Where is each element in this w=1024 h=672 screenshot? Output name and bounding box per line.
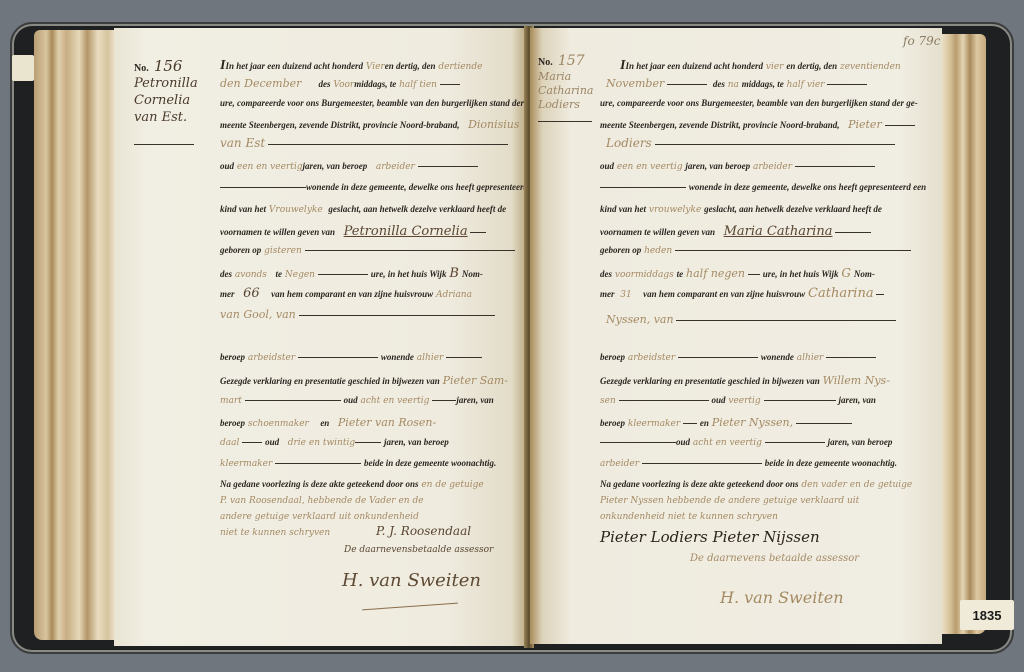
text-line: Pieter Nyssen hebbende de andere getuige… (600, 496, 859, 506)
text-line: geboren op heden (600, 245, 911, 256)
text-line: wonende in deze gemeente, dewelke ons he… (220, 182, 543, 193)
text-line: Lodiers (606, 136, 895, 150)
text-line: November des na middags, te half vier (606, 77, 867, 90)
margin-name-2: Catharina (538, 84, 593, 98)
record-no: 156 (154, 57, 183, 75)
text-line: meente Steenbergen, zevende Distrikt, pr… (600, 118, 915, 131)
text-line: wonende in deze gemeente, dewelke ons he… (600, 182, 926, 193)
text-line: IIn het jaar een duizend acht honderd vi… (620, 58, 901, 74)
margin-rule (538, 121, 592, 122)
text-line: geboren op gisteren (220, 245, 515, 256)
text-line: beroep kleermaker en Pieter Nyssen, (600, 416, 852, 429)
text-line: voornamen te willen geven van Petronilla… (220, 224, 486, 239)
margin-name-3: van Est. (134, 109, 198, 126)
year-tag-label: 1835 (960, 600, 1014, 630)
text-line: ure, compareerde voor ons Burgemeester, … (600, 98, 918, 109)
text-line: oud een en veertig jaren, van beroep arb… (600, 161, 875, 172)
child-name: Petronilla Cornelia (344, 224, 468, 239)
right-margin-entry: No. 157 Maria Catharina Lodiers (538, 50, 593, 112)
left-margin-entry: No. 156 Petronilla Cornelia van Est. (134, 56, 198, 126)
assessor-annotation: De daarnevensbetaalde assessor (344, 545, 493, 555)
margin-name-1: Maria (538, 70, 593, 84)
text-line: mart oud acht en veertig jaren, van (220, 395, 494, 406)
text-line: arbeider beide in deze gemeente woonacht… (600, 458, 897, 469)
witness-signature: P. J. Roosendaal (376, 524, 471, 538)
text-line: oud een en veertigjaren, van beroep arbe… (220, 161, 478, 172)
page-block-left (34, 30, 116, 640)
text-line: mer 31 van hem comparant en van zijne hu… (600, 286, 884, 301)
text-line: beroep arbeidster wonende alhier (220, 352, 482, 363)
margin-name-1: Petronilla (134, 75, 198, 92)
text-line: andere getuige verklaard uit onkundenhei… (220, 512, 419, 522)
margin-rule (134, 144, 194, 145)
text-line: onkundenheid niet te kunnen schryven (600, 512, 778, 522)
text-line: des avonds te Negen ure, in het huis Wij… (220, 266, 483, 281)
text-line: P. van Roosendaal, hebbende de Vader en … (220, 496, 424, 506)
child-name: Maria Catharina (724, 224, 833, 239)
text-line: daal oud drie en twintig jaren, van bero… (220, 437, 449, 448)
signature-flourish (362, 603, 458, 611)
record-no: 157 (558, 53, 585, 69)
text-line: Na gedane voorlezing is deze akte geteek… (220, 479, 484, 490)
text-line: Gezegde verklaring en presentatie geschi… (220, 374, 508, 387)
witness-signatures: Pieter Lodiers Pieter Nijssen (600, 528, 820, 546)
text-line: kind van het vrouwelyke geslacht, aan he… (600, 204, 882, 215)
text-line: Nyssen, van (606, 313, 896, 326)
margin-name-3: Lodiers (538, 98, 593, 112)
text-line: beroep arbeidster wonende alhier (600, 352, 876, 363)
record-no-label: No. (538, 57, 553, 68)
text-line: sen oud veertig jaren, van (600, 395, 876, 406)
text-line: IIn het jaar een duizend acht honderd Vi… (220, 58, 482, 74)
text-line: ure, compareerde voor ons Burgemeester, … (220, 98, 538, 109)
page-block-right (940, 34, 986, 634)
folio-number: fo 79c (903, 34, 940, 48)
assessor-annotation: De daarnevens betaalde assessor (690, 553, 859, 564)
left-page: No. 156 Petronilla Cornelia van Est. IIn… (114, 28, 528, 646)
text-line: Na gedane voorlezing is deze akte geteek… (600, 479, 912, 490)
official-signature: H. van Sweiten (720, 588, 844, 607)
text-line: van Gool, van (220, 308, 495, 321)
text-line: mer 66 van hem comparant en van zijne hu… (220, 286, 472, 301)
text-line: den December des Voormiddags, te half ti… (220, 77, 460, 90)
margin-name-2: Cornelia (134, 92, 198, 109)
text-line: Gezegde verklaring en presentatie geschi… (600, 374, 890, 387)
text-line: niet te kunnen schryven (220, 528, 330, 538)
text-line: van Est (220, 136, 508, 150)
text-line: des voormiddags te half negen ure, in he… (600, 266, 875, 280)
official-signature: H. van Sweiten (342, 570, 481, 591)
text-line: kleermaker beide in deze gemeente woonac… (220, 458, 496, 469)
text-line: voornamen te willen geven van Maria Cath… (600, 224, 871, 239)
record-no-label: No. (134, 63, 149, 74)
right-page: No. 157 Maria Catharina Lodiers IIn het … (530, 28, 942, 644)
text-line: beroep schoenmaker en Pieter van Rosen- (220, 416, 436, 429)
text-line: meente Steenbergen, zevende Distrikt, pr… (220, 118, 520, 131)
text-line: kind van het Vrouwelyke geslacht, aan he… (220, 204, 506, 215)
text-line: oud acht en veertig jaren, van beroep (600, 437, 892, 448)
bookmark-tab (12, 55, 34, 81)
